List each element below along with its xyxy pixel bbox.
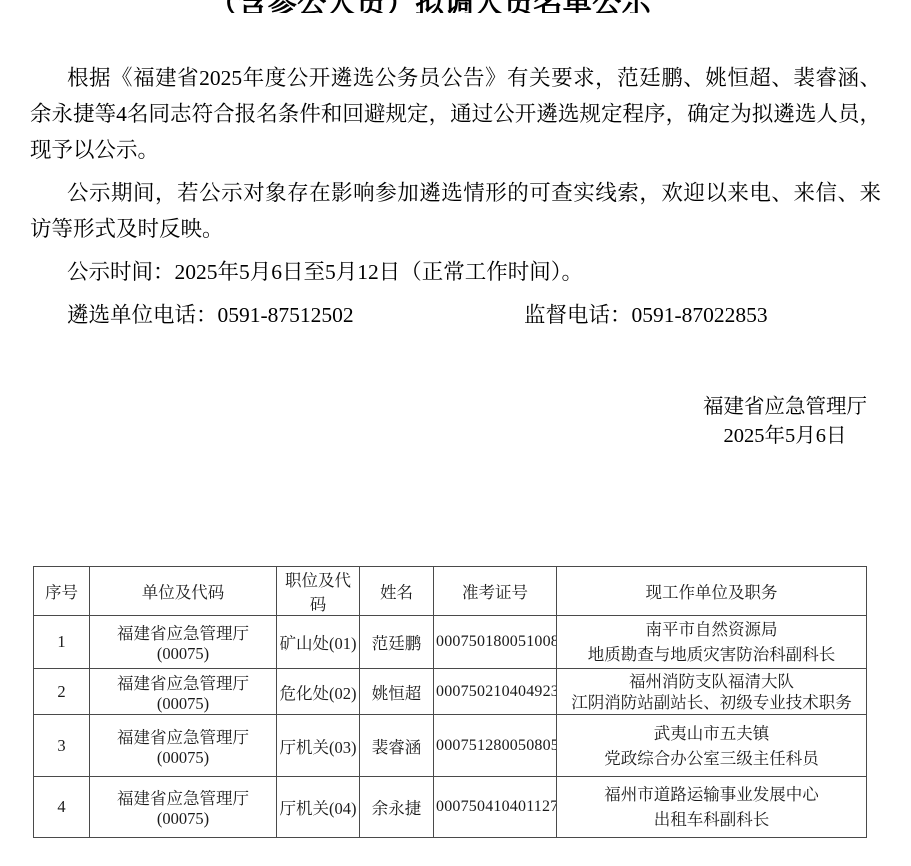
- signature-date: 2025年5月6日: [703, 422, 867, 451]
- cell-position: 危化处(02): [277, 669, 360, 715]
- cell-unit: 福建省应急管理厅(00075): [90, 616, 277, 669]
- cell-position: 厅机关(04): [277, 777, 360, 838]
- table-row: 4 福建省应急管理厅(00075) 厅机关(04) 余永捷 0007504104…: [34, 777, 867, 838]
- candidate-roster-table: 序号 单位及代码 职位及代码 姓名 准考证号 现工作单位及职务 1 福建省应急管…: [33, 566, 867, 838]
- current-title-line: 党政综合办公室三级主任科员: [559, 746, 864, 771]
- table-row: 3 福建省应急管理厅(00075) 厅机关(03) 裴睿涵 0007512800…: [34, 715, 867, 777]
- header-no: 序号: [34, 567, 90, 616]
- document-title-clipped: （含参公人员）拟调人员名单公示: [0, 0, 860, 13]
- current-title-line: 地质勘查与地质灾害防治科副科长: [559, 642, 864, 667]
- current-unit-line: 福州市道路运输事业发展中心: [559, 782, 864, 807]
- cell-name: 余永捷: [360, 777, 434, 838]
- cell-name: 范廷鹏: [360, 616, 434, 669]
- current-unit-line: 武夷山市五夫镇: [559, 721, 864, 746]
- cell-name: 裴睿涵: [360, 715, 434, 777]
- table-header-row: 序号 单位及代码 职位及代码 姓名 准考证号 现工作单位及职务: [34, 567, 867, 616]
- announcement-document: （含参公人员）拟调人员名单公示 根据《福建省2025年度公开遴选公务员公告》有关…: [0, 0, 911, 866]
- cell-ticket: 000750210404923: [434, 669, 557, 715]
- cell-ticket: 000750410401127: [434, 777, 557, 838]
- document-title-text: （含参公人员）拟调人员名单公示: [209, 0, 652, 13]
- cell-unit: 福建省应急管理厅(00075): [90, 777, 277, 838]
- current-unit-line: 福州消防支队福清大队: [559, 671, 864, 692]
- cell-no: 1: [34, 616, 90, 669]
- paragraph-basis: 根据《福建省2025年度公开遴选公务员公告》有关要求，范廷鹏、姚恒超、裴睿涵、余…: [30, 60, 881, 168]
- current-title-line: 出租车科副科长: [559, 807, 864, 832]
- publicity-time-line: 公示时间：2025年5月6日至5月12日（正常工作时间）。: [30, 254, 881, 290]
- paragraph-feedback: 公示期间，若公示对象存在影响参加遴选情形的可查实线索，欢迎以来电、来信、来访等形…: [30, 175, 881, 247]
- cell-current: 武夷山市五夫镇 党政综合办公室三级主任科员: [557, 715, 867, 777]
- cell-position: 厅机关(03): [277, 715, 360, 777]
- table-row: 2 福建省应急管理厅(00075) 危化处(02) 姚恒超 0007502104…: [34, 669, 867, 715]
- cell-current: 福州消防支队福清大队 江阴消防站副站长、初级专业技术职务: [557, 669, 867, 715]
- current-title-line: 江阴消防站副站长、初级专业技术职务: [559, 692, 864, 713]
- current-unit-line: 南平市自然资源局: [559, 617, 864, 642]
- document-body: 根据《福建省2025年度公开遴选公务员公告》有关要求，范廷鹏、姚恒超、裴睿涵、余…: [30, 60, 881, 340]
- cell-no: 2: [34, 669, 90, 715]
- cell-no: 4: [34, 777, 90, 838]
- header-unit: 单位及代码: [90, 567, 277, 616]
- header-current: 现工作单位及职务: [557, 567, 867, 616]
- supervision-phone: 监督电话：0591-87022853: [487, 297, 768, 333]
- signature-block: 福建省应急管理厅 2025年5月6日: [703, 393, 867, 451]
- cell-position: 矿山处(01): [277, 616, 360, 669]
- header-name: 姓名: [360, 567, 434, 616]
- header-position: 职位及代码: [277, 567, 360, 616]
- cell-unit: 福建省应急管理厅(00075): [90, 669, 277, 715]
- cell-current: 福州市道路运输事业发展中心 出租车科副科长: [557, 777, 867, 838]
- signature-org: 福建省应急管理厅: [703, 393, 867, 422]
- cell-ticket: 000750180051008: [434, 616, 557, 669]
- unit-phone: 遴选单位电话：0591-87512502: [67, 303, 354, 327]
- cell-unit: 福建省应急管理厅(00075): [90, 715, 277, 777]
- table-row: 1 福建省应急管理厅(00075) 矿山处(01) 范廷鹏 0007501800…: [34, 616, 867, 669]
- cell-current: 南平市自然资源局 地质勘查与地质灾害防治科副科长: [557, 616, 867, 669]
- cell-no: 3: [34, 715, 90, 777]
- cell-ticket: 000751280050805: [434, 715, 557, 777]
- header-ticket: 准考证号: [434, 567, 557, 616]
- phone-line: 遴选单位电话：0591-87512502 监督电话：0591-87022853: [30, 297, 881, 333]
- cell-name: 姚恒超: [360, 669, 434, 715]
